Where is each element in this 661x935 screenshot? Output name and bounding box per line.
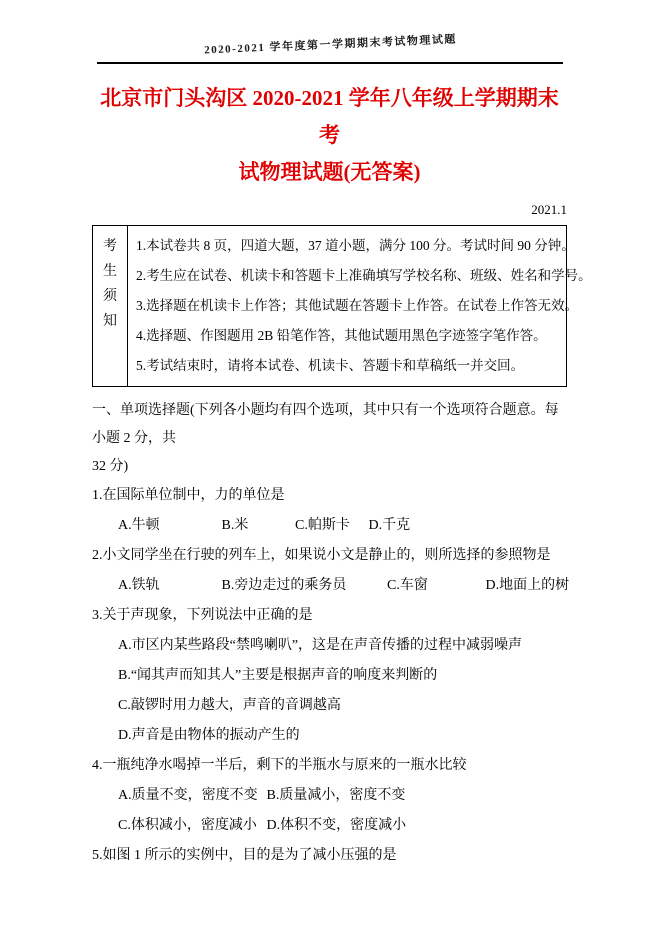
option-a: A.市区内某些路段“禁鸣喇叭”，这是在声音传播的过程中减弱噪声: [92, 631, 567, 661]
exam-page: 2020-2021 学年度第一学期期末考试物理试题 北京市门头沟区 2020-2…: [0, 0, 661, 935]
running-header: 2020-2021 学年度第一学期期末考试物理试题: [0, 22, 661, 67]
question-options-row2: C.体积减小，密度减小 D.体积不变，密度减小: [92, 811, 567, 841]
question-stem: 2.小文同学坐在行驶的列车上，如果说小文是静止的，则所选择的参照物是: [92, 541, 567, 571]
option-c: C.帕斯卡: [295, 511, 365, 541]
section-heading-line1: 一、单项选择题(下列各小题均有四个选项，其中只有一个选项符合题意。每小题 2 分…: [92, 397, 567, 453]
option-c: C.敲锣时用力越大，声音的音调越高: [92, 691, 567, 721]
option-a: A.质量不变，密度不变: [118, 781, 263, 811]
question-4: 4.一瓶纯净水喝掉一半后，剩下的半瓶水与原来的一瓶水比较 A.质量不变，密度不变…: [92, 751, 567, 841]
option-d: D.千克: [369, 511, 411, 541]
notice-item: 5.考试结束时，请将本试卷、机读卡、答题卡和草稿纸一并交回。: [136, 351, 558, 381]
notice-side-label: 考 生 须 知: [93, 226, 128, 387]
question-options: A.牛顿 B.米 C.帕斯卡 D.千克: [92, 511, 567, 541]
header-divider: [97, 62, 563, 64]
question-5: 5.如图 1 所示的实例中，目的是为了减小压强的是: [92, 841, 567, 871]
option-d: D.地面上的树: [486, 571, 570, 601]
question-stem: 4.一瓶纯净水喝掉一半后，剩下的半瓶水与原来的一瓶水比较: [92, 751, 567, 781]
page-title-line2: 试物理试题(无答案): [239, 160, 421, 184]
question-stem: 5.如图 1 所示的实例中，目的是为了减小压强的是: [92, 841, 567, 871]
notice-item: 3.选择题在机读卡上作答；其他试题在答题卡上作答。在试卷上作答无效。: [136, 291, 558, 321]
exam-date: 2021.1: [92, 201, 567, 219]
option-d: D.体积不变，密度减小: [267, 811, 407, 841]
question-stem: 1.在国际单位制中，力的单位是: [92, 481, 567, 511]
question-options: A.铁轨 B.旁边走过的乘务员 C.车窗 D.地面上的树: [92, 571, 567, 601]
notice-table: 考 生 须 知 1.本试卷共 8 页，四道大题，37 道小题，满分 100 分。…: [92, 225, 567, 387]
question-2: 2.小文同学坐在行驶的列车上，如果说小文是静止的，则所选择的参照物是 A.铁轨 …: [92, 541, 567, 601]
notice-side-char: 考: [94, 234, 126, 259]
option-a: A.铁轨: [118, 571, 218, 601]
notice-item: 2.考生应在试卷、机读卡和答题卡上准确填写学校名称、班级、姓名和学号。: [136, 261, 558, 291]
question-stem: 3.关于声现象，下列说法中正确的是: [92, 601, 567, 631]
section-heading: 一、单项选择题(下列各小题均有四个选项，其中只有一个选项符合题意。每小题 2 分…: [92, 397, 567, 481]
option-a: A.牛顿: [118, 511, 218, 541]
option-c: C.体积减小，密度减小: [118, 811, 263, 841]
question-options-row1: A.质量不变，密度不变 B.质量减小，密度不变: [92, 781, 567, 811]
question-3: 3.关于声现象，下列说法中正确的是 A.市区内某些路段“禁鸣喇叭”，这是在声音传…: [92, 601, 567, 751]
option-b: B.旁边走过的乘务员: [222, 571, 384, 601]
notice-side-char: 生: [94, 259, 126, 284]
notice-item: 1.本试卷共 8 页，四道大题，37 道小题，满分 100 分。考试时间 90 …: [136, 231, 558, 261]
page-title: 北京市门头沟区 2020-2021 学年八年级上学期期末考 试物理试题(无答案): [92, 80, 567, 191]
option-b: B.米: [222, 511, 292, 541]
notice-side-char: 须: [94, 284, 126, 309]
page-title-line1: 北京市门头沟区 2020-2021 学年八年级上学期期末考: [100, 86, 559, 147]
option-b: B.“闻其声而知其人”主要是根据声音的响度来判断的: [92, 661, 567, 691]
section-heading-line2: 32 分): [92, 453, 567, 481]
notice-item: 4.选择题、作图题用 2B 铅笔作答，其他试题用黑色字迹签字笔作答。: [136, 321, 558, 351]
notice-items-cell: 1.本试卷共 8 页，四道大题，37 道小题，满分 100 分。考试时间 90 …: [128, 226, 567, 387]
question-1: 1.在国际单位制中，力的单位是 A.牛顿 B.米 C.帕斯卡 D.千克: [92, 481, 567, 541]
option-c: C.车窗: [387, 571, 482, 601]
option-b: B.质量减小，密度不变: [267, 781, 406, 811]
option-d: D.声音是由物体的振动产生的: [92, 721, 567, 751]
page-content: 北京市门头沟区 2020-2021 学年八年级上学期期末考 试物理试题(无答案)…: [92, 80, 567, 871]
notice-side-char: 知: [94, 309, 126, 334]
